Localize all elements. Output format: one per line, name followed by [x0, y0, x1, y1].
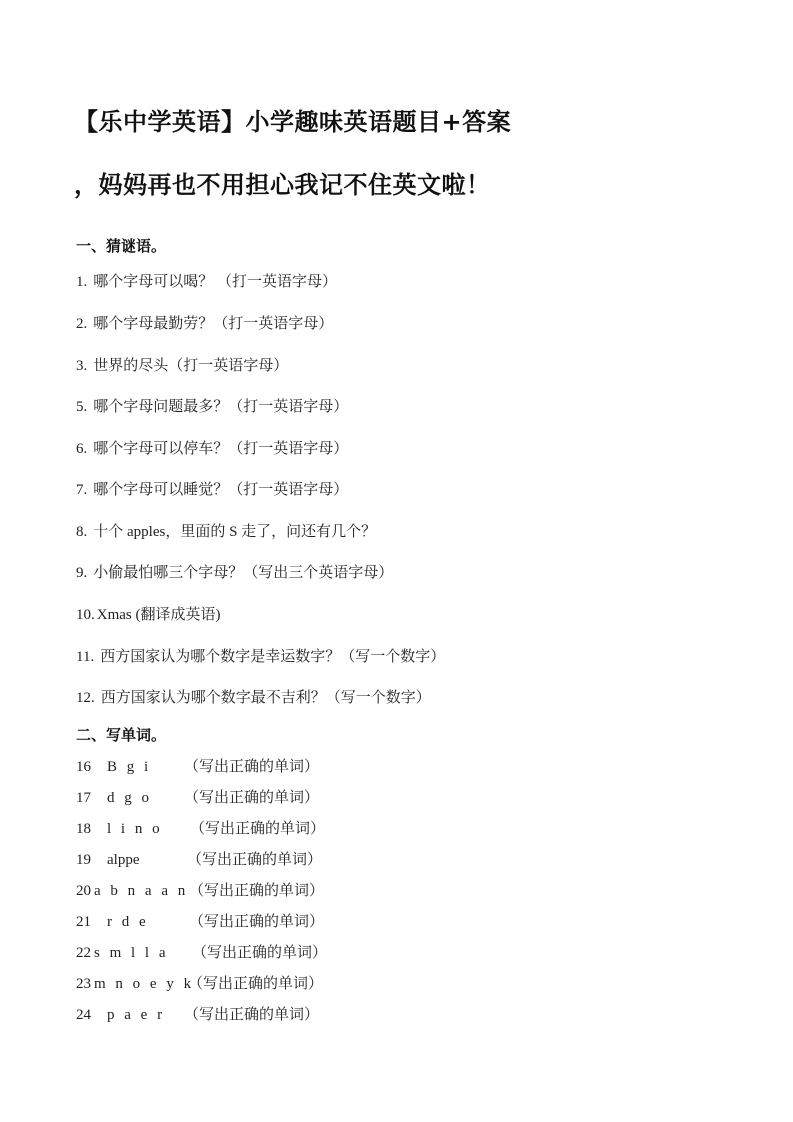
riddle-number: 6.: [76, 439, 87, 459]
riddle-item: 11.西方国家认为哪个数字是幸运数字？（写一个数字）: [76, 647, 445, 667]
riddle-number: 12.: [76, 688, 95, 708]
riddle-number: 9.: [76, 563, 87, 583]
word-number: 24: [76, 1005, 91, 1025]
section-heading-words: 二、写单词。: [76, 725, 166, 745]
riddle-item: 10.Xmas (翻译成英语): [76, 605, 221, 625]
word-hint: （写出正确的单词）: [184, 1005, 319, 1025]
riddle-item: 6.哪个字母可以停车？（打一英语字母）: [76, 439, 348, 459]
scrambled-word: d g o: [107, 788, 152, 808]
riddle-number: 1.: [76, 272, 87, 292]
riddle-text: Xmas (翻译成英语): [97, 607, 221, 623]
word-hint: （写出正确的单词）: [188, 974, 323, 994]
riddle-number: 8.: [76, 522, 87, 542]
scrambled-word: B g i: [107, 757, 151, 777]
riddle-text: 西方国家认为哪个数字最不吉利？（写一个数字）: [101, 690, 431, 706]
riddle-number: 2.: [76, 314, 87, 334]
riddle-item: 3.世界的尽头（打一英语字母）: [76, 356, 288, 376]
word-hint: （写出正确的单词）: [192, 943, 327, 963]
riddle-text: 小偷最怕哪三个字母？（写出三个英语字母）: [93, 565, 393, 581]
word-hint: （写出正确的单词）: [187, 850, 322, 870]
word-number: 16: [76, 757, 91, 777]
scrambled-word: r d e: [107, 912, 149, 932]
riddle-item: 1.哪个字母可以喝？ （打一英语字母）: [76, 272, 337, 292]
document-subtitle: ，妈妈再也不用担心我记不住英文啦！: [74, 170, 491, 200]
riddle-number: 3.: [76, 356, 87, 376]
riddle-item: 7.哪个字母可以睡觉？（打一英语字母）: [76, 480, 348, 500]
word-number: 22: [76, 943, 91, 963]
riddle-number: 7.: [76, 480, 87, 500]
riddle-text: 十个 apples，里面的 S 走了，问还有几个？: [93, 524, 376, 540]
word-number: 21: [76, 912, 91, 932]
word-number: 20: [76, 881, 91, 901]
word-number: 17: [76, 788, 91, 808]
riddle-text: 哪个字母最勤劳？（打一英语字母）: [93, 316, 333, 332]
word-hint: （写出正确的单词）: [184, 788, 319, 808]
riddle-number: 11.: [76, 647, 94, 667]
word-number: 19: [76, 850, 91, 870]
word-hint: （写出正确的单词）: [189, 912, 324, 932]
riddle-text: 西方国家认为哪个数字是幸运数字？（写一个数字）: [100, 649, 445, 665]
scrambled-word: m n o e y k: [94, 974, 194, 994]
scrambled-word: a b n a a n: [94, 881, 188, 901]
riddle-item: 9.小偷最怕哪三个字母？（写出三个英语字母）: [76, 563, 393, 583]
word-hint: （写出正确的单词）: [190, 819, 325, 839]
riddle-item: 12.西方国家认为哪个数字最不吉利？（写一个数字）: [76, 688, 431, 708]
riddle-text: 哪个字母问题最多？（打一英语字母）: [93, 399, 348, 415]
scrambled-word: alppe: [107, 850, 139, 870]
scrambled-word: s m l l a: [94, 943, 169, 963]
word-number: 18: [76, 819, 91, 839]
document-title: 【乐中学英语】小学趣味英语题目+答案: [74, 107, 511, 137]
riddle-number: 5.: [76, 397, 87, 417]
riddle-item: 8.十个 apples，里面的 S 走了，问还有几个？: [76, 522, 376, 542]
section-heading-riddles: 一、猜谜语。: [76, 236, 166, 256]
scrambled-word: l i n o: [107, 819, 163, 839]
riddle-text: 哪个字母可以停车？（打一英语字母）: [93, 441, 348, 457]
riddle-item: 5.哪个字母问题最多？（打一英语字母）: [76, 397, 348, 417]
riddle-text: 世界的尽头（打一英语字母）: [93, 358, 288, 374]
riddle-text: 哪个字母可以睡觉？（打一英语字母）: [93, 482, 348, 498]
word-hint: （写出正确的单词）: [184, 757, 319, 777]
word-hint: （写出正确的单词）: [189, 881, 324, 901]
riddle-text: 哪个字母可以喝？ （打一英语字母）: [93, 274, 337, 290]
word-number: 23: [76, 974, 91, 994]
riddle-number: 10.: [76, 605, 95, 625]
scrambled-word: p a e r: [107, 1005, 165, 1025]
riddle-item: 2.哪个字母最勤劳？（打一英语字母）: [76, 314, 333, 334]
